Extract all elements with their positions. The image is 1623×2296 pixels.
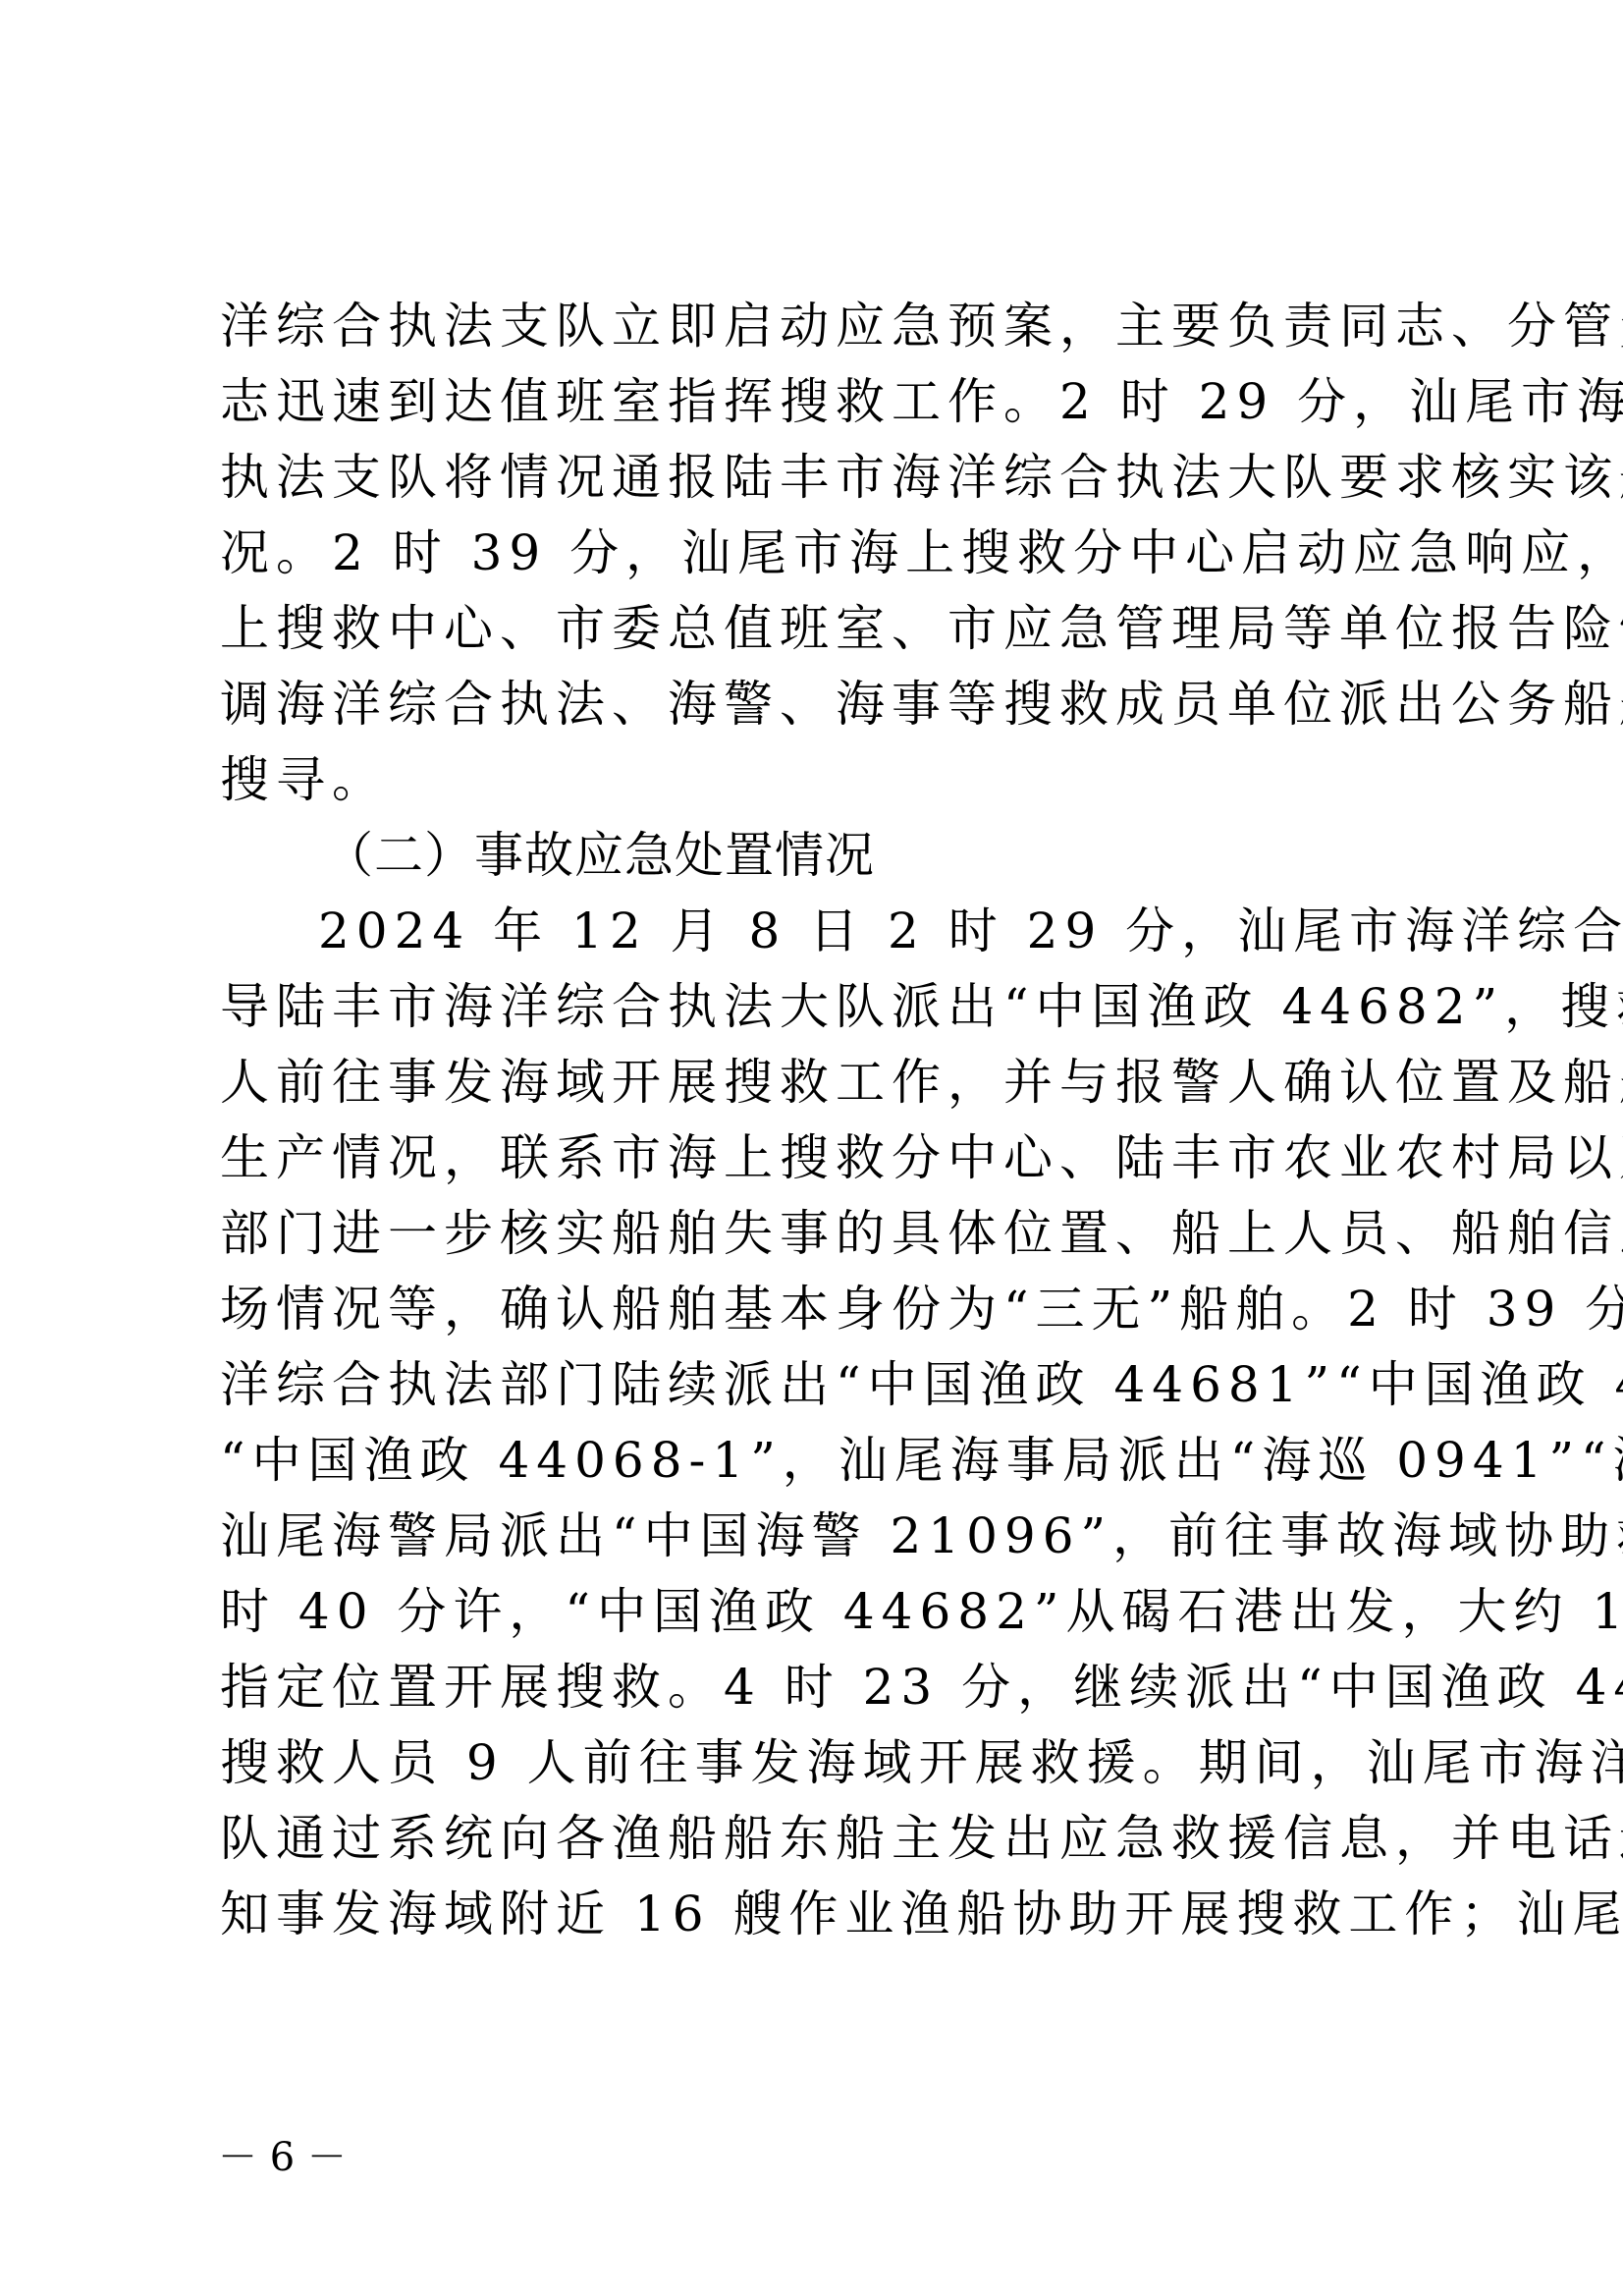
text-line: 部门进一步核实船舶失事的具体位置、船上人员、船舶信息、现 [220, 1196, 1420, 1272]
text-line: 汕尾海警局派出“中国海警 21096”，前往事故海域协助救援。3 [220, 1499, 1420, 1574]
text-line: 上搜救中心、市委总值班室、市应急管理局等单位报告险情，协 [220, 591, 1420, 667]
text-line: 调海洋综合执法、海警、海事等搜救成员单位派出公务船舶出海 [220, 667, 1420, 742]
text-line: 指定位置开展搜救。4 时 23 分，继续派出“中国渔政 44611”， [220, 1650, 1420, 1725]
text-line: 洋综合执法部门陆续派出“中国渔政 44681”“中国渔政 44682” [220, 1347, 1420, 1423]
document-page: 洋综合执法支队立即启动应急预案，主要负责同志、分管负责同 志迅速到达值班室指挥搜… [220, 289, 1420, 1952]
text-line: 2024 年 12 月 8 日 2 时 29 分，汕尾市海洋综合执法支队指 [220, 894, 1420, 969]
text-line: 洋综合执法支队立即启动应急预案，主要负责同志、分管负责同 [220, 289, 1420, 364]
text-line: 搜救人员 9 人前往事发海域开展救援。期间，汕尾市海洋综合支 [220, 1725, 1420, 1801]
text-line: 场情况等，确认船舶基本身份为“三无”船舶。2 时 39 分，海 [220, 1272, 1420, 1347]
text-line: 搜寻。 [220, 742, 1420, 818]
paragraph-continued: 洋综合执法支队立即启动应急预案，主要负责同志、分管负责同 志迅速到达值班室指挥搜… [220, 289, 1420, 818]
page-number: － 6 － [218, 2133, 347, 2182]
text-line: 志迅速到达值班室指挥搜救工作。2 时 29 分，汕尾市海洋综合 [220, 364, 1420, 440]
paragraph-emergency-response: 2024 年 12 月 8 日 2 时 29 分，汕尾市海洋综合执法支队指 导陆… [220, 894, 1420, 1952]
text-line: 生产情况，联系市海上搜救分中心、陆丰市农业农村局以及公安 [220, 1121, 1420, 1196]
text-line: 人前往事发海域开展搜救工作，并与报警人确认位置及船舶出海 [220, 1045, 1420, 1121]
text-line: 导陆丰市海洋综合执法大队派出“中国渔政 44682”，搜救人员 4 [220, 969, 1420, 1045]
text-line: 执法支队将情况通报陆丰市海洋综合执法大队要求核实该船情 [220, 440, 1420, 516]
text-line: 时 40 分许，“中国渔政 44682”从碣石港出发，大约 1 小时到达 [220, 1574, 1420, 1650]
text-line: 知事发海域附近 16 艘作业渔船协助开展搜救工作；汕尾海事局 [220, 1877, 1420, 1952]
text-line: “中国渔政 44068-1”，汕尾海事局派出“海巡 0941”“海巡 09642… [220, 1423, 1420, 1499]
section-heading: （二）事故应急处置情况 [220, 818, 1420, 894]
text-line: 队通过系统向各渔船船东船主发出应急救援信息，并电话逐艘通 [220, 1801, 1420, 1877]
text-line: 况。2 时 39 分，汕尾市海上搜救分中心启动应急响应，向省海 [220, 516, 1420, 591]
